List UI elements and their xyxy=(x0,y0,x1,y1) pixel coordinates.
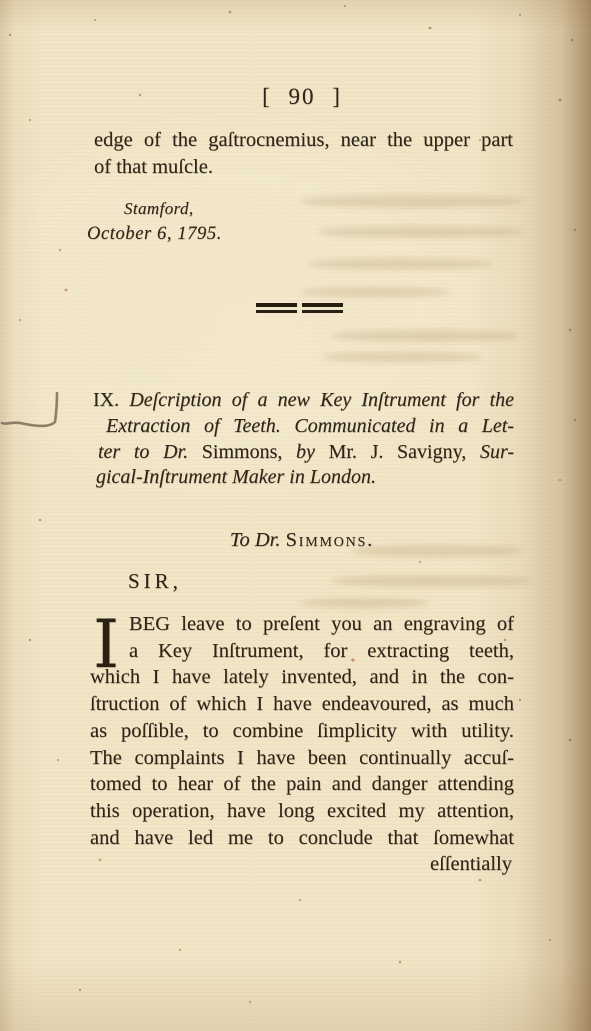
body-line: a Key Inſtrument, for extracting teeth, xyxy=(90,638,514,665)
body-line: as poſſible, to combine ſimplicity with … xyxy=(90,718,514,745)
body-line: which I have lately invented, and in the… xyxy=(90,664,514,691)
heading-text-segment: Deſcription of a new Key Inſtrument for … xyxy=(129,389,514,411)
text-line: edge of the gaſtrocnemius, near the uppe… xyxy=(94,127,513,154)
text-line: of that muſcle. xyxy=(94,154,513,181)
heading-text-segment: Extraction of Teeth. Communicated in a L… xyxy=(106,415,514,437)
showthrough-smudge xyxy=(300,287,450,297)
showthrough-smudge xyxy=(330,330,520,342)
body-paragraph: BEG leave to preſent you an engraving of… xyxy=(90,611,514,878)
greeting: SIR, xyxy=(128,569,182,594)
body-line: The complaints I have been continually a… xyxy=(90,745,514,772)
body-line: ſtruction of which I have endeavoured, a… xyxy=(90,691,514,718)
continuation-paragraph: edge of the gaſtrocnemius, near the uppe… xyxy=(94,127,513,181)
rule-segment xyxy=(256,303,297,313)
body-line: tomed to hear of the pain and danger att… xyxy=(90,771,514,798)
pencil-margin-mark xyxy=(0,385,70,440)
heading-text-segment: Simmons. xyxy=(286,529,375,551)
showthrough-smudge xyxy=(322,352,482,362)
page-number: [ 90 ] xyxy=(92,84,512,110)
heading-text-segment: ter to Dr. xyxy=(98,441,202,463)
body-line: BEG leave to preſent you an engraving of xyxy=(90,611,514,638)
section-divider xyxy=(256,303,343,315)
heading-text-segment: Simmons, xyxy=(202,441,283,463)
heading-text-segment: gical-Inſtrument Maker in London. xyxy=(96,466,376,488)
heading-text-segment: IX. xyxy=(93,389,129,411)
rule-segment xyxy=(302,303,343,313)
heading-text-segment: Sur- xyxy=(480,441,514,463)
showthrough-smudge xyxy=(308,258,493,270)
dateline-place: Stamford, xyxy=(124,199,194,219)
showthrough-smudge xyxy=(300,598,430,608)
article-heading: IX. Deſcription of a new Key Inſtrument … xyxy=(93,388,514,491)
scanned-page: { "colors": { "paper": "#f1e5c6", "ink":… xyxy=(0,0,591,1031)
heading-line: IX. Deſcription of a new Key Inſtrument … xyxy=(93,388,514,414)
salutation-line: To Dr. Simmons. xyxy=(92,529,512,552)
showthrough-smudge xyxy=(300,195,525,208)
catchword: eſſentially xyxy=(90,851,514,878)
heading-text-segment: by xyxy=(282,441,328,463)
heading-line: gical-Inſtrument Maker in London. xyxy=(93,465,514,491)
body-line: this operation, have long excited my att… xyxy=(90,798,514,825)
heading-line: Extraction of Teeth. Communicated in a L… xyxy=(93,414,514,440)
heading-text-segment: To Dr. xyxy=(230,529,286,551)
showthrough-smudge xyxy=(330,575,530,587)
heading-text-segment: Mr. J. Savigny, xyxy=(329,441,480,463)
showthrough-smudge xyxy=(318,226,523,238)
dateline-date: October 6, 1795. xyxy=(87,224,222,245)
body-line: and have led me to conclude that ſomewha… xyxy=(90,825,514,852)
heading-line: ter to Dr. Simmons, by Mr. J. Savigny, S… xyxy=(93,440,514,466)
